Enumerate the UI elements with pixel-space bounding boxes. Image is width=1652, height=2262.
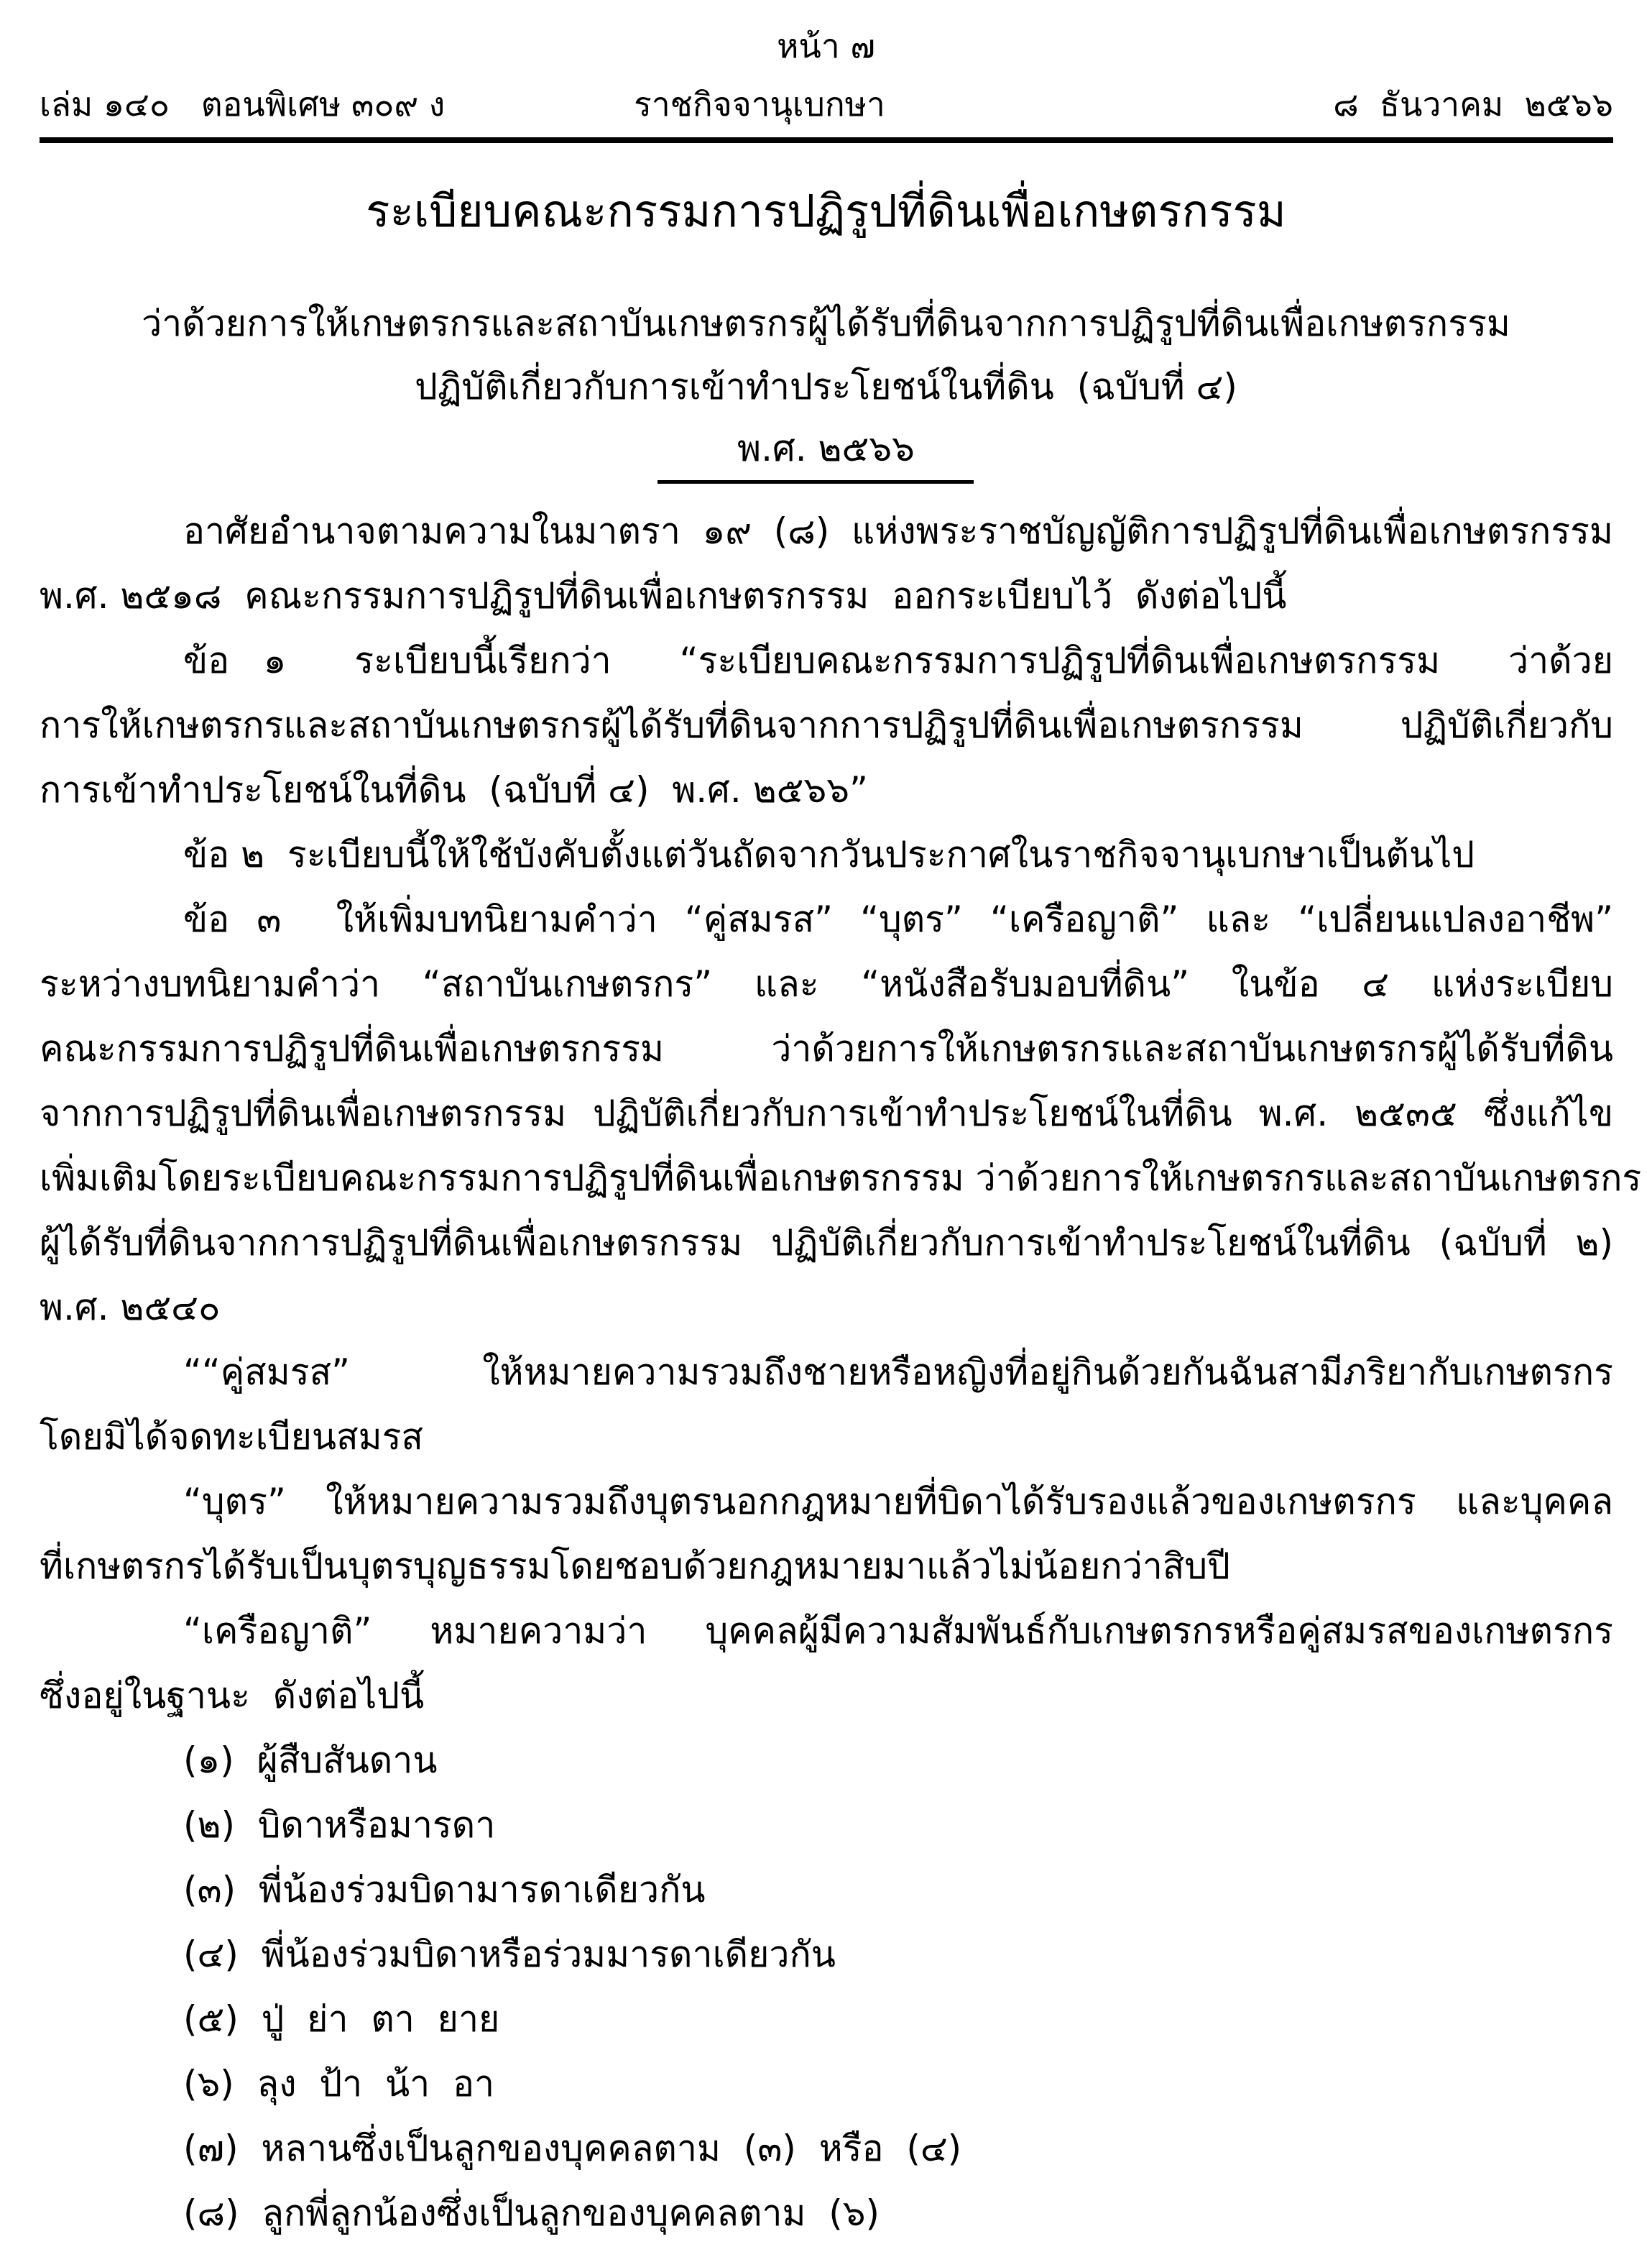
document-line: ระหว่างบทนิยามคำว่า “สถาบันเกษตรกร” และ … [40,952,1613,1016]
doc-title-line-1: ระเบียบคณะกรรมการปฏิรูปที่ดินเพื่อเกษตรก… [0,174,1652,249]
gazette-page: หน้า ๗ เล่ม ๑๔๐ ตอนพิเศษ ๓๐๙ ง ราชกิจจาน… [0,0,1652,2262]
document-line: ข้อ ๑ ระเบียบนี้เรียกว่า “ระเบียบคณะกรรม… [40,628,1613,693]
gazette-name: ราชกิจจานุเบกษา [634,76,885,132]
document-line: ข้อ ๒ ระเบียบนี้ให้ใช้บังคับตั้งแต่วันถั… [40,822,1613,887]
document-line: (๒) บิดาหรือมารดา [40,1793,1613,1857]
document-line: (๓) พี่น้องร่วมบิดามารดาเดียวกัน [40,1857,1613,1922]
page-number: หน้า ๗ [0,20,1652,72]
page-header: เล่ม ๑๔๐ ตอนพิเศษ ๓๐๙ ง ราชกิจจานุเบกษา … [40,76,1613,132]
header-rule [40,137,1613,143]
document-line: (๖) ลุง ป้า น้า อา [40,2051,1613,2116]
title-divider [657,480,974,484]
document-line: เพิ่มเติมโดยระเบียบคณะกรรมการปฏิรูปที่ดิ… [40,1146,1613,1210]
document-line: “บุตร” ให้หมายความรวมถึงบุตรนอกกฎหมายที่… [40,1469,1613,1534]
document-line: (๑) ผู้สืบสันดาน [40,1728,1613,1793]
document-line: (๘) ลูกพี่ลูกน้องซึ่งเป็นลูกของบุคคลตาม … [40,2181,1613,2245]
document-line: การเข้าทำประโยชน์ในที่ดิน (ฉบับที่ ๔) พ.… [40,758,1613,822]
document-line: จากการปฏิรูปที่ดินเพื่อเกษตรกรรม ปฏิบัติ… [40,1081,1613,1146]
document-line: ซึ่งอยู่ในฐานะ ดังต่อไปนี้ [40,1663,1613,1728]
document-line: คณะกรรมการปฏิรูปที่ดินเพื่อเกษตรกรรม ว่า… [40,1016,1613,1081]
doc-title-line-3: ปฏิบัติเกี่ยวกับการเข้าทำประโยชน์ในที่ดิ… [0,357,1652,417]
document-line: (๔) พี่น้องร่วมบิดาหรือร่วมมารดาเดียวกัน [40,1922,1613,1987]
volume-issue: เล่ม ๑๔๐ ตอนพิเศษ ๓๐๙ ง [40,76,445,132]
document-line: พ.ศ. ๒๕๑๘ คณะกรรมการปฏิรูปที่ดินเพื่อเกษ… [40,564,1613,628]
document-line: ที่เกษตรกรได้รับเป็นบุตรบุญธรรมโดยชอบด้ว… [40,1534,1613,1599]
document-line: ผู้ได้รับที่ดินจากการปฏิรูปที่ดินเพื่อเก… [40,1210,1613,1275]
document-line: (๕) ปู่ ย่า ตา ยาย [40,1987,1613,2051]
document-body: อาศัยอำนาจตามความในมาตรา ๑๙ (๘) แห่งพระร… [40,499,1613,2245]
doc-title-line-4: พ.ศ. ๒๕๖๖ [0,418,1652,479]
document-line: ““คู่สมรส” ให้หมายความรวมถึงชายหรือหญิงท… [40,1340,1613,1404]
document-line: ข้อ ๓ ให้เพิ่มบทนิยามคำว่า “คู่สมรส” “บุ… [40,887,1613,952]
document-line: พ.ศ. ๒๕๔๐ [40,1275,1613,1340]
doc-title-line-2: ว่าด้วยการให้เกษตรกรและสถาบันเกษตรกรผู้ไ… [0,293,1652,354]
document-line: อาศัยอำนาจตามความในมาตรา ๑๙ (๘) แห่งพระร… [40,499,1613,564]
document-line: การให้เกษตรกรและสถาบันเกษตรกรผู้ได้รับที… [40,693,1613,758]
issue-date: ๘ ธันวาคม ๒๕๖๖ [1333,76,1613,132]
document-line: โดยมิได้จดทะเบียนสมรส [40,1404,1613,1469]
document-line: “เครือญาติ” หมายความว่า บุคคลผู้มีความสั… [40,1599,1613,1663]
document-line: (๗) หลานซึ่งเป็นลูกของบุคคลตาม (๓) หรือ … [40,2116,1613,2181]
